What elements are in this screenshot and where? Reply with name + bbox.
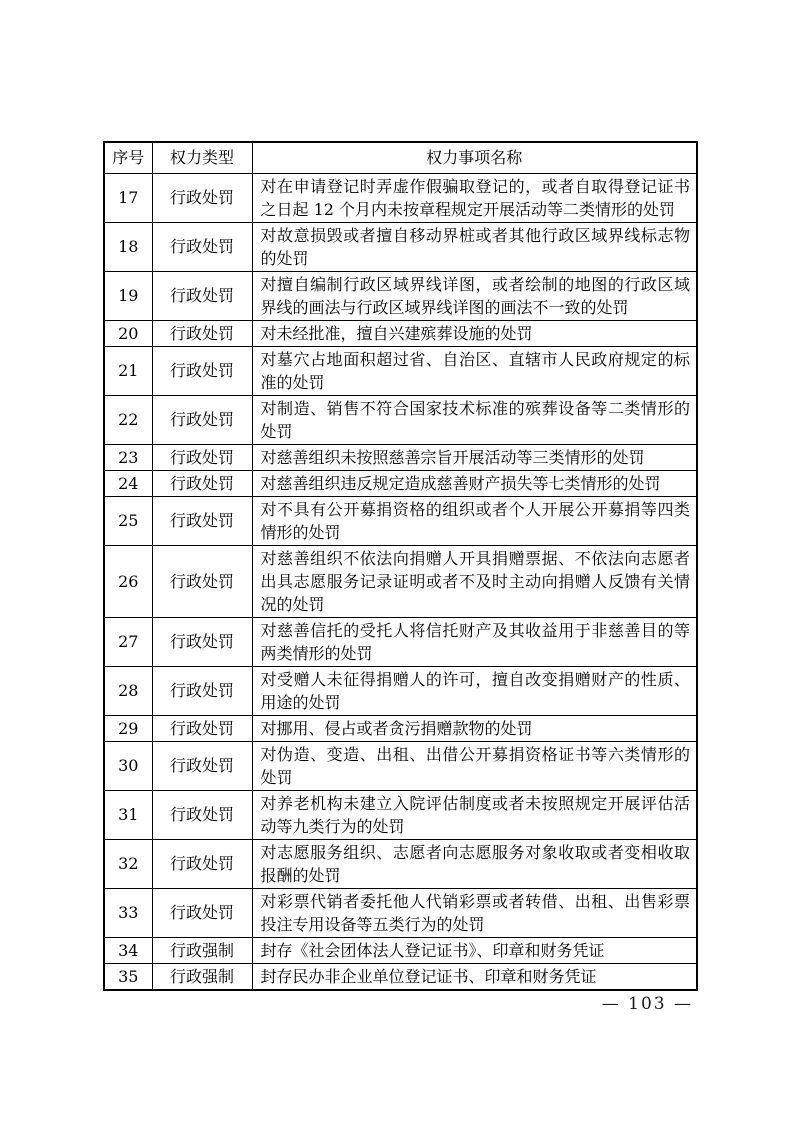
power-type-cell: 行政处罚 — [152, 888, 252, 937]
table-row: 18 行政处罚 对故意损毁或者擅自移动界桩或者其他行政区域界线标志物的处罚 — [104, 222, 697, 271]
power-items-table: 序号 权力类型 权力事项名称 17 行政处罚 对在申请登记时弄虚作假骗取登记的，… — [103, 141, 698, 991]
power-type-cell: 行政处罚 — [152, 222, 252, 271]
row-number-cell: 28 — [104, 666, 152, 715]
row-number-cell: 22 — [104, 395, 152, 444]
table-row: 23 行政处罚 对慈善组织未按照慈善宗旨开展活动等三类情形的处罚 — [104, 444, 697, 470]
power-type-cell: 行政处罚 — [152, 666, 252, 715]
power-type-cell: 行政处罚 — [152, 271, 252, 320]
row-number-cell: 17 — [104, 173, 152, 222]
table-row: 21 行政处罚 对墓穴占地面积超过省、自治区、直辖市人民政府规定的标准的处罚 — [104, 346, 697, 395]
row-number-cell: 34 — [104, 937, 152, 963]
row-number-cell: 30 — [104, 741, 152, 790]
power-type-cell: 行政处罚 — [152, 173, 252, 222]
document-page: 序号 权力类型 权力事项名称 17 行政处罚 对在申请登记时弄虚作假骗取登记的，… — [0, 0, 793, 1122]
power-type-cell: 行政强制 — [152, 963, 252, 990]
row-number-cell: 35 — [104, 963, 152, 990]
power-type-cell: 行政处罚 — [152, 395, 252, 444]
power-item-name-cell: 对挪用、侵占或者贪污捐赠款物的处罚 — [252, 715, 697, 741]
power-type-cell: 行政处罚 — [152, 444, 252, 470]
table-row: 33 行政处罚 对彩票代销者委托他人代销彩票或者转借、出租、出售彩票投注专用设备… — [104, 888, 697, 937]
table-row: 19 行政处罚 对擅自编制行政区域界线详图，或者绘制的地图的行政区域界线的画法与… — [104, 271, 697, 320]
table-row: 27 行政处罚 对慈善信托的受托人将信托财产及其收益用于非慈善目的等两类情形的处… — [104, 617, 697, 666]
table-body: 17 行政处罚 对在申请登记时弄虚作假骗取登记的，或者自取得登记证书之日起 12… — [104, 173, 697, 990]
power-item-name-cell: 对墓穴占地面积超过省、自治区、直辖市人民政府规定的标准的处罚 — [252, 346, 697, 395]
power-item-name-cell: 对志愿服务组织、志愿者向志愿服务对象收取或者变相收取报酬的处罚 — [252, 839, 697, 888]
row-number-cell: 23 — [104, 444, 152, 470]
table-row: 20 行政处罚 对未经批准，擅自兴建殡葬设施的处罚 — [104, 320, 697, 346]
power-item-name-cell: 对未经批准，擅自兴建殡葬设施的处罚 — [252, 320, 697, 346]
power-item-name-cell: 对彩票代销者委托他人代销彩票或者转借、出租、出售彩票投注专用设备等五类行为的处罚 — [252, 888, 697, 937]
power-type-cell: 行政处罚 — [152, 790, 252, 839]
row-number-cell: 21 — [104, 346, 152, 395]
power-type-cell: 行政处罚 — [152, 715, 252, 741]
row-number-cell: 29 — [104, 715, 152, 741]
table-row: 24 行政处罚 对慈善组织违反规定造成慈善财产损失等七类情形的处罚 — [104, 470, 697, 496]
power-type-cell: 行政处罚 — [152, 470, 252, 496]
row-number-cell: 24 — [104, 470, 152, 496]
row-number-cell: 18 — [104, 222, 152, 271]
table-row: 25 行政处罚 对不具有公开募捐资格的组织或者个人开展公开募捐等四类情形的处罚 — [104, 496, 697, 545]
row-number-cell: 31 — [104, 790, 152, 839]
power-item-name-cell: 对慈善组织不依法向捐赠人开具捐赠票据、不依法向志愿者出具志愿服务记录证明或者不及… — [252, 545, 697, 617]
row-number-cell: 32 — [104, 839, 152, 888]
table-row: 17 行政处罚 对在申请登记时弄虚作假骗取登记的，或者自取得登记证书之日起 12… — [104, 173, 697, 222]
power-item-name-cell: 对慈善组织违反规定造成慈善财产损失等七类情形的处罚 — [252, 470, 697, 496]
row-number-cell: 27 — [104, 617, 152, 666]
header-col-type: 权力类型 — [152, 142, 252, 173]
power-type-cell: 行政处罚 — [152, 839, 252, 888]
power-item-name-cell: 对慈善信托的受托人将信托财产及其收益用于非慈善目的等两类情形的处罚 — [252, 617, 697, 666]
power-item-name-cell: 对在申请登记时弄虚作假骗取登记的，或者自取得登记证书之日起 12 个月内未按章程… — [252, 173, 697, 222]
power-item-name-cell: 对擅自编制行政区域界线详图，或者绘制的地图的行政区域界线的画法与行政区域界线详图… — [252, 271, 697, 320]
row-number-cell: 26 — [104, 545, 152, 617]
power-item-name-cell: 对故意损毁或者擅自移动界桩或者其他行政区域界线标志物的处罚 — [252, 222, 697, 271]
power-type-cell: 行政处罚 — [152, 496, 252, 545]
table-row: 32 行政处罚 对志愿服务组织、志愿者向志愿服务对象收取或者变相收取报酬的处罚 — [104, 839, 697, 888]
table-row: 26 行政处罚 对慈善组织不依法向捐赠人开具捐赠票据、不依法向志愿者出具志愿服务… — [104, 545, 697, 617]
table-row: 22 行政处罚 对制造、销售不符合国家技术标准的殡葬设备等二类情形的处罚 — [104, 395, 697, 444]
table-row: 35 行政强制 封存民办非企业单位登记证书、印章和财务凭证 — [104, 963, 697, 990]
table-row: 28 行政处罚 对受赠人未征得捐赠人的许可，擅自改变捐赠财产的性质、用途的处罚 — [104, 666, 697, 715]
power-type-cell: 行政处罚 — [152, 741, 252, 790]
page-number: — 103 — — [602, 994, 693, 1014]
row-number-cell: 25 — [104, 496, 152, 545]
power-item-name-cell: 对养老机构未建立入院评估制度或者未按照规定开展评估活动等九类行为的处罚 — [252, 790, 697, 839]
table-row: 34 行政强制 封存《社会团体法人登记证书》、印章和财务凭证 — [104, 937, 697, 963]
power-type-cell: 行政处罚 — [152, 545, 252, 617]
table-row: 29 行政处罚 对挪用、侵占或者贪污捐赠款物的处罚 — [104, 715, 697, 741]
row-number-cell: 19 — [104, 271, 152, 320]
power-type-cell: 行政处罚 — [152, 346, 252, 395]
header-col-name: 权力事项名称 — [252, 142, 697, 173]
table-header-row: 序号 权力类型 权力事项名称 — [104, 142, 697, 173]
power-type-cell: 行政处罚 — [152, 617, 252, 666]
power-type-cell: 行政强制 — [152, 937, 252, 963]
power-type-cell: 行政处罚 — [152, 320, 252, 346]
power-item-name-cell: 对伪造、变造、出租、出借公开募捐资格证书等六类情形的处罚 — [252, 741, 697, 790]
row-number-cell: 33 — [104, 888, 152, 937]
table-row: 31 行政处罚 对养老机构未建立入院评估制度或者未按照规定开展评估活动等九类行为… — [104, 790, 697, 839]
row-number-cell: 20 — [104, 320, 152, 346]
power-item-name-cell: 封存《社会团体法人登记证书》、印章和财务凭证 — [252, 937, 697, 963]
power-item-name-cell: 对慈善组织未按照慈善宗旨开展活动等三类情形的处罚 — [252, 444, 697, 470]
header-col-number: 序号 — [104, 142, 152, 173]
power-item-name-cell: 封存民办非企业单位登记证书、印章和财务凭证 — [252, 963, 697, 990]
power-item-name-cell: 对受赠人未征得捐赠人的许可，擅自改变捐赠财产的性质、用途的处罚 — [252, 666, 697, 715]
power-item-name-cell: 对不具有公开募捐资格的组织或者个人开展公开募捐等四类情形的处罚 — [252, 496, 697, 545]
power-item-name-cell: 对制造、销售不符合国家技术标准的殡葬设备等二类情形的处罚 — [252, 395, 697, 444]
table-row: 30 行政处罚 对伪造、变造、出租、出借公开募捐资格证书等六类情形的处罚 — [104, 741, 697, 790]
